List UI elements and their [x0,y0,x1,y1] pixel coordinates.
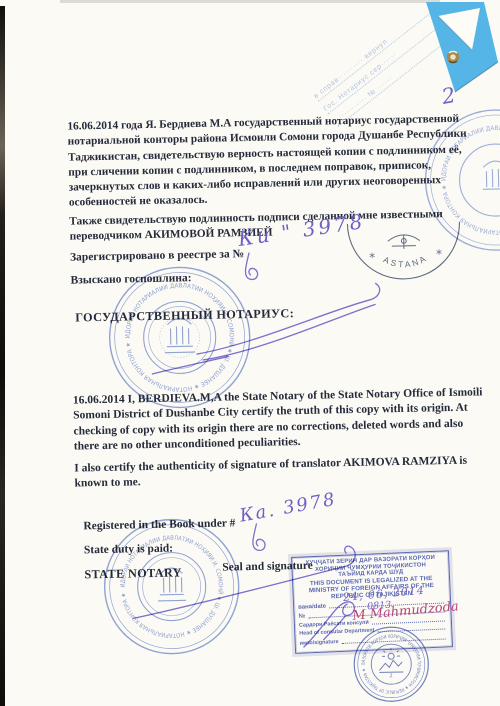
stamp-ring-text: ИДОРАИ НОТАРИАЛИИ ДАВЛАТИИ НОҲИЯИ И. СОМ… [439,124,500,236]
scan-content-layer: в справ·········· вернул Гос. Нотариус с… [0,0,500,706]
legalization-number-label: № [298,613,305,619]
blue-corner-fold [406,0,500,100]
tajik-emblem-sun-mountains [379,648,403,672]
english-translator-paragraph: I also certify the authenticity of signa… [74,453,483,492]
astana-city-text: ASTANA [382,252,430,270]
svg-text:ASTANA: ASTANA [382,252,430,270]
svg-text:ИДОРАИ НОТАРИАЛИИ ДАВЛАТИИ НОҲ: ИДОРАИ НОТАРИАЛИИ ДАВЛАТИИ НОҲИЯИ И. СОМ… [124,281,238,393]
stamp-center-emblem [164,318,195,353]
legalization-sign-label: имзо/signature [300,639,339,647]
russian-certification-paragraph: 16.06.2014 года Я. Бердиева М.А государс… [67,112,468,212]
astana-left-star: * [369,250,375,264]
astana-emblem [388,235,420,250]
stamp-ring-text: ИДОРАИ НОТАРИАЛИИ ДАВЛАТИИ НОҲИЯИ И. СОМ… [124,281,238,393]
stamp-bottom-number: 2 [389,673,392,679]
round-mfa-stamp: ВАЗОРАТИ КОРҲОИ ХОРИҶИИ ҶУМҲУРИИ ТОҶИКИС… [351,624,431,704]
handwritten-registry-number-en: Ка. 3978 [238,489,338,527]
astana-stamp: * * ASTANA [345,222,462,292]
astana-stamp-arc [346,222,460,280]
english-certification-paragraph: 16.06.2014 I, BERDIEVA.M,A the State Not… [73,385,486,454]
legalization-date-label: вана/date [298,603,326,610]
round-notary-stamp-2: ИДОРАИ НОТАРИАЛИИ ДАВЛАТИИ НОҲИЯИ И. СОМ… [98,513,246,661]
stamp-center-emblem [482,161,500,190]
stamp-center-emblem [157,568,186,601]
svg-text:ИДОРАИ НОТАРИАЛИИ ДАВЛАТИИ НОҲ: ИДОРАИ НОТАРИАЛИИ ДАВЛАТИИ НОҲИЯИ И. СОМ… [119,533,225,639]
scanned-notary-document-page: в справ·········· вернул Гос. Нотариус с… [0,0,500,706]
stamp-ring-text: ИДОРАИ НОТАРИАЛИИ ДАВЛАТИИ НОҲИЯИ И. СОМ… [119,533,225,639]
svg-text:ИДОРАИ НОТАРИАЛИИ ДАВЛАТИИ НОҲ: ИДОРАИ НОТАРИАЛИИ ДАВЛАТИИ НОҲИЯИ И. СОМ… [439,124,500,236]
astana-right-star: * [436,247,442,261]
registry-squiggle-signature-en [253,524,266,551]
